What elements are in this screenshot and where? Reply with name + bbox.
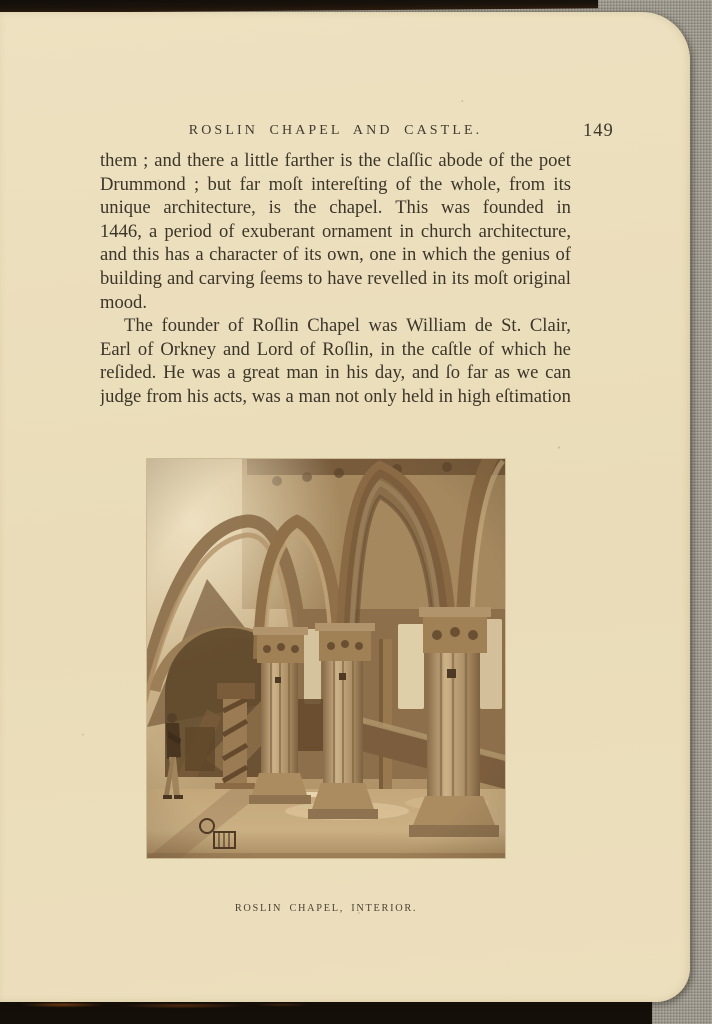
chapel-interior-illustration xyxy=(147,459,505,858)
running-header: ROSLIN CHAPEL AND CASTLE. xyxy=(100,121,571,141)
text-line: andthishasacharacterofitsown,oneinwhicht… xyxy=(100,244,571,268)
album-page: ROSLIN CHAPEL AND CASTLE. 149 them;andth… xyxy=(0,12,690,1002)
text-line: EarlofOrkneyandLordofRoſlin,inthecaſtleo… xyxy=(100,339,571,363)
text-line: judgefromhisacts,wasamannotonlyheldinhig… xyxy=(100,386,571,410)
chapel-photograph xyxy=(147,459,505,858)
page-number: 149 xyxy=(583,120,627,142)
digitized-album-photo: ROSLIN CHAPEL AND CASTLE. 149 them;andth… xyxy=(0,0,712,1024)
text-line: uniquearchitecture,isthechapel.Thiswasfo… xyxy=(100,197,571,221)
body-text: them;andtherealittlefartheristheclaſſica… xyxy=(100,150,571,410)
text-line: reſided.Hewasagreatmaninhisday,andſofara… xyxy=(100,362,571,386)
text-line: them;andtherealittlefartheristheclaſſica… xyxy=(100,150,571,174)
book-binding-edge-bottom xyxy=(0,1002,652,1024)
vignette xyxy=(147,459,505,858)
text-line: ThefounderofRoſlinChapelwasWilliamdeSt.C… xyxy=(100,315,571,339)
text-line: mood. xyxy=(100,292,571,316)
photo-caption: ROSLIN CHAPEL, INTERIOR. xyxy=(147,903,505,914)
text-line: 1446,aperiodofexuberantornamentinchurcha… xyxy=(100,221,571,245)
text-line: Drummond;butfarmoſtintereſtingofthewhole… xyxy=(100,174,571,198)
text-line: buildingandcarvingſeemstohaverevelledini… xyxy=(100,268,571,292)
